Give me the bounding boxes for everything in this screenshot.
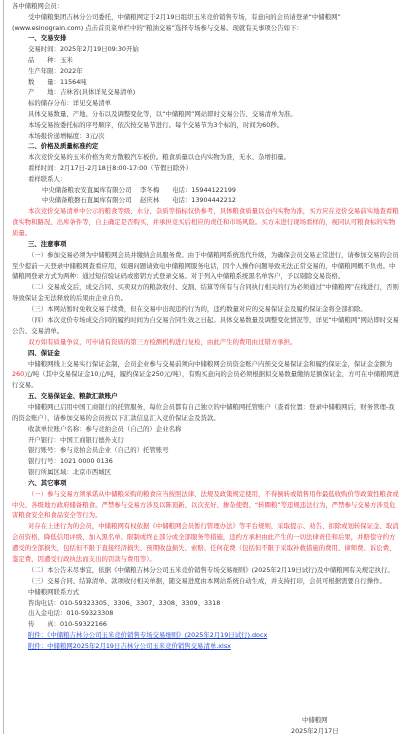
document-frame: 各中储粮网会员： 受中储粮集团吉林分公司委托，中储粮网定于2月19日组织玉米竞价… [3,0,401,734]
section-5-title: 五、交易保证金、粮款汇款账户 [12,391,400,402]
fax-number: 传 真：010-59322166 [12,619,400,630]
field-origin: 产 地：吉林省(具体详见交易清单) [12,87,400,98]
quality-warning: 本次竞价交易清单中公示的粮食等级、水分、杂质等指标仅供参考，具体粮食质量以仓内实… [12,206,400,239]
field-value: 吉林省(具体详见交易清单) [60,88,135,96]
account-paragraph: 中储粮网已启用中国工商银行的托管服务，每位会员都有自己独立的中储粮网托管账户（查… [12,402,400,424]
section-1-note-3: 本场报价递增幅度：3元/次 [12,131,400,142]
viewing-time: 看样时间：2月17日-2月18日8:00-17:00（节假日除外） [12,163,400,174]
field-value: 2022年 [60,67,83,75]
notice-item-4: （四）本次竞价专场成交合同的履约时间为自交易合同生效之日起。具体交易数量及调整变… [12,315,400,337]
field-label: 产 地： [28,88,60,96]
field-value: 参与竞拍会员（自己的）企业名称 [86,425,182,433]
notice-item-1: （一）参加交易必须为中储粮网会员并缴纳会员服务费。由于中储粮网系统迭代升级，为确… [12,250,400,283]
account-bank: 开户银行：中国工商银行德外支行 [12,435,400,446]
field-storage: 标的储存分布：详见交易清单 [12,98,400,109]
contact-name: 赵庆林 [140,195,170,206]
contact-row: 中央储备粮农安直属库有限公司 李冬梅 电话：15944122199 [12,185,400,196]
contact-name: 李冬梅 [140,185,170,196]
section-1-title: 一、交易安排 [12,33,400,44]
announcement-body: 各中储粮网会员： 受中储粮集团吉林分公司委托，中储粮网定于2月19日组织玉米竞价… [12,1,400,652]
field-label: 开户银行： [28,436,60,444]
field-value: 1021 0000 0136 [60,457,113,465]
account-number: 银行账号：参与竞拍会员企业（自己的）托管账号 [12,445,400,456]
contact-phone: 电话：13904442212 [172,195,236,206]
field-quantity: 数 量：11564吨 [12,77,400,88]
contact-row: 中央储备粮磐石直属库有限公司 赵庆林 电话：13904442212 [12,195,400,206]
field-trade-time: 交易时间：2025年2月19日09:30开始 [12,44,400,55]
field-label: 品 种： [28,56,60,64]
section-4-title: 四、保证金 [12,348,400,359]
deposit-text-before: 中储粮网线上交易实行保证金制，会员企业参与交易前须向中储粮网会员资金账户内预交交… [28,360,392,368]
greeting: 各中储粮网会员： [12,1,400,12]
dispute-note: 双方如有质量争议，可申请有资质的第三方检测机构进行复检，由此产生的费用由过错方承… [12,337,400,348]
account-name: 收款单位账户名称：参与竞拍会员（自己的）企业名称 [12,424,400,435]
other-item-3: （三）交易合同、结算清单、款项收付相关单据，随交易进度由本网站系统自动生成，并支… [12,576,400,587]
field-label: 标的储存分布： [28,99,73,107]
contact-title: 中储粮网联系方式 [12,587,400,598]
notice-item-2: （二）交易成交后，成交合同、买卖双方的粮款收付、交割、结算等所有与合同执行相关的… [12,282,400,304]
field-production-year: 生产年限：2022年 [12,66,400,77]
contact-company: 中央储备粮农安直属库有限公司 [42,185,138,196]
section-1-note-2: 本场交易按委托标的序号顺序，依次按交易节进行。每个交易节为3个标的，时间为60秒… [12,120,400,131]
funds-phone: 出入金电话：010-59323308 [12,608,400,619]
intro-line-1: 受中储粮集团吉林分公司委托，中储粮网定于2月19日组织玉米竞价销售专场，有意向的… [12,12,400,23]
other-item-1-penalty: 对存在上述行为的会员，中储粮网有权依据《中储粮网会员暂行管理办法》等平台规则，采… [12,521,400,565]
field-value: 11564吨 [60,78,87,86]
field-value: 详见交易清单 [73,99,111,107]
field-value: 2025年2月19日09:30开始 [60,45,139,53]
notice-item-3: （三）本网站暂时免收交易手续费，但在交易中出现违约行为的，违约数量对应的交易保证… [12,304,400,315]
field-label: 银行账号： [28,446,60,454]
section-3-title: 三、注意事项 [12,239,400,250]
field-label: 收款单位账户名称： [28,425,86,433]
field-value: 玉米 [60,56,73,64]
attachment-trade-list-xlsx-link[interactable]: 附件：中储粮网2025年2月19日吉林分公司玉米竞价销售交易清单.xlsx [28,642,231,650]
contact-phone: 电话：15944122199 [172,185,236,196]
signature-org: 中储粮网 [302,715,328,725]
other-item-2: （二）本公告未尽事宜，依据《中储粮吉林分公司玉米竞价销售专场交易细则》(2025… [12,565,400,576]
deposit-amount: 260 [12,370,24,378]
field-value: 中国工商银行德外支行 [60,436,124,444]
section-2-title: 二、价格及质量标准约定 [12,141,400,152]
contact-company: 中央储备粮磐石直属库有限公司 [42,195,138,206]
field-value: 北京市西城区 [73,468,111,476]
deposit-text-after: 元/吨（其中交易保证金10元/吨，履约保证金250元/吨），有购买意向的会员必须… [12,370,399,389]
other-item-1: （一）参与交易方须承诺从中储粮采购的粮食应当按照法律、法规及政策规定使用，不得倒… [12,489,400,522]
field-label: 银行所属区域： [28,468,73,476]
signature-date: 2025年2月17日 [291,726,339,734]
intro-line-2: (www.esinograin.com) 点击首页菜单栏中的“粮油交易”选择专场… [12,23,400,34]
field-value: 参与竞拍会员企业（自己的）托管账号 [60,446,169,454]
field-label: 交易时间： [28,45,60,53]
section-1-note-1: 具体交易数量、产地、分布以及调整变化等，以“中储粮网”网站即时交易公告、交易清单… [12,109,400,120]
field-variety: 品 种：玉米 [12,55,400,66]
price-note: 本次竞价交易的玉米价格为卖方散粮汽车板价。粮食质量以仓内实物为准，无水、杂增扣量… [12,152,400,163]
field-label: 银行行号： [28,457,60,465]
bank-code: 银行行号：1021 0000 0136 [12,456,400,467]
section-6-title: 六、其它事项 [12,478,400,489]
field-label: 生产年限： [28,67,60,75]
field-label: 数 量： [28,78,60,86]
contact-label: 看样联系人： [12,174,400,185]
consult-phone: 咨询电话：010-59323305、3306、3307、3308、3309、33… [12,598,400,609]
bank-region: 银行所属区域：北京市西城区 [12,467,400,478]
deposit-paragraph: 中储粮网线上交易实行保证金制，会员企业参与交易前须向中储粮网会员资金账户内预交交… [12,359,400,392]
attachment-rules-docx-link[interactable]: 附件：《中储粮吉林分公司玉米竞价销售专场交易细则》(2025年2月19日试行).… [28,631,267,639]
